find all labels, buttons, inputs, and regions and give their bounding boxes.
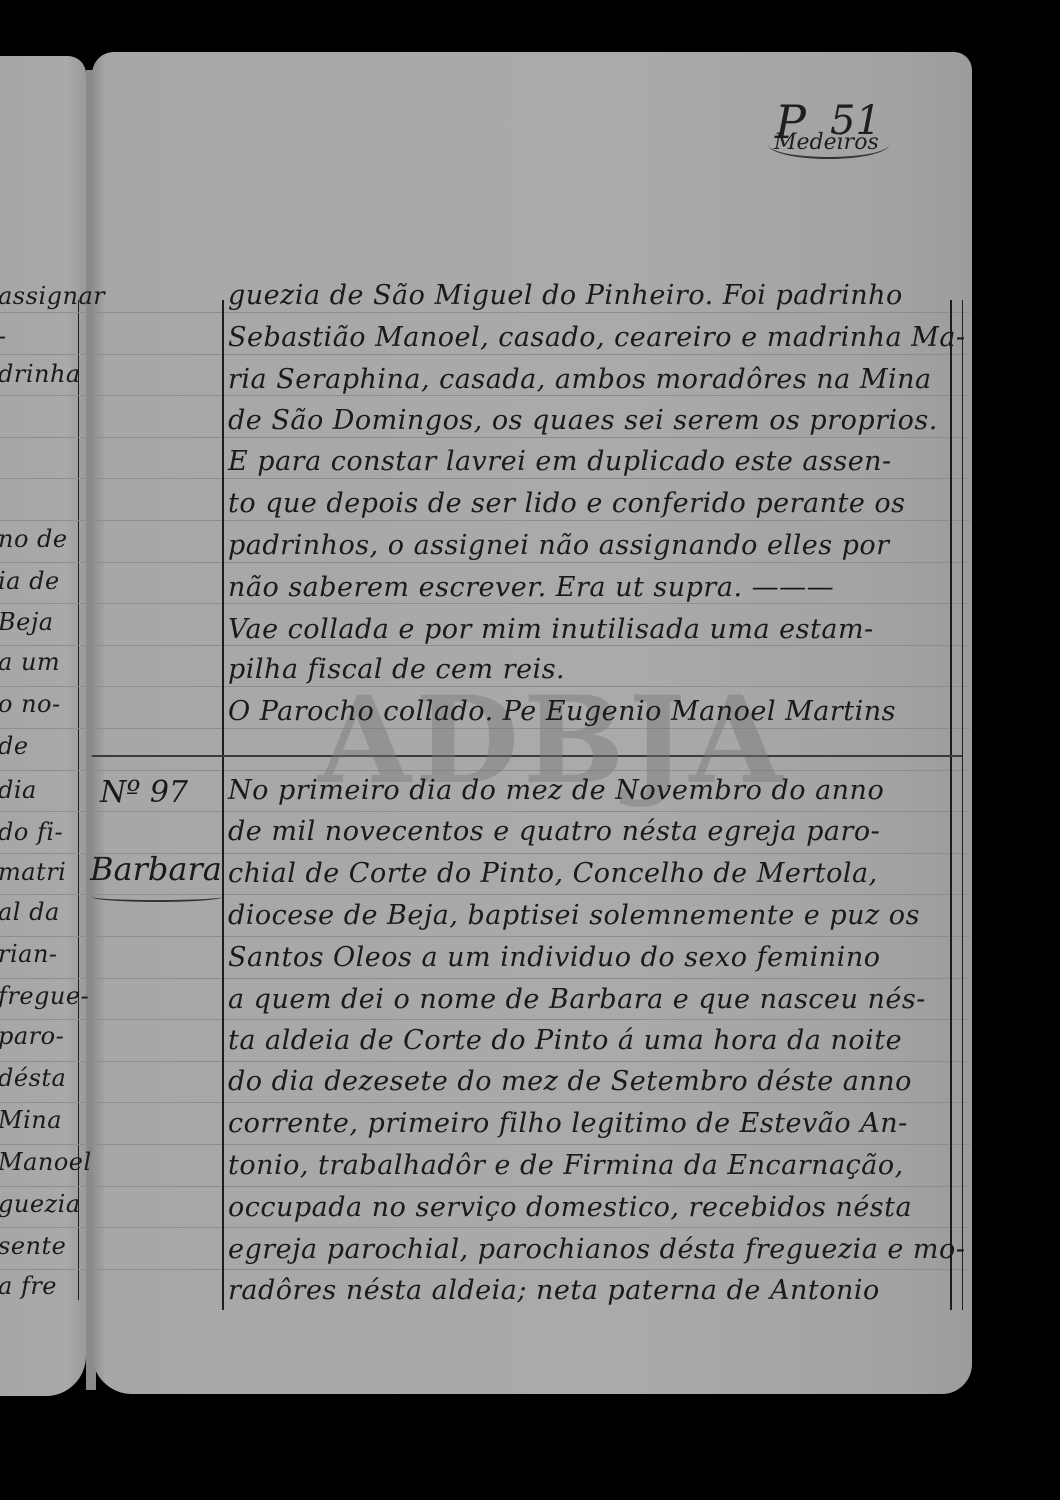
entry-text-line: de São Domingos, os quaes sei serem os p… bbox=[228, 405, 938, 436]
left-text-line: dia bbox=[0, 776, 37, 804]
ruled-line bbox=[0, 478, 970, 479]
entry-text-line: radôres nésta aldeia; neta paterna de An… bbox=[228, 1275, 880, 1306]
left-text-line: désta bbox=[0, 1064, 66, 1092]
entry-text-line: Vae collada e por mim inutilisada uma es… bbox=[228, 614, 874, 645]
ruled-line bbox=[0, 437, 970, 438]
entry-text-line: occupada no serviço domestico, recebidos… bbox=[228, 1192, 912, 1223]
ruled-line bbox=[0, 645, 970, 646]
entry-text-line: não saberem escrever. Era ut supra. ——— bbox=[228, 572, 834, 603]
ruled-line bbox=[0, 603, 970, 604]
left-text-line: fregue- bbox=[0, 982, 89, 1010]
ruled-line bbox=[0, 1186, 970, 1187]
ruled-line bbox=[0, 1227, 970, 1228]
entry-text-line: corrente, primeiro filho legitimo de Est… bbox=[228, 1108, 908, 1139]
right-page-left-margin-rule bbox=[222, 300, 224, 1310]
ruled-line bbox=[0, 936, 970, 937]
ruled-line bbox=[0, 520, 970, 521]
entry-text-line: pilha fiscal de cem reis. bbox=[228, 654, 565, 685]
entry-text-line: ria Seraphina, casada, ambos moradôres n… bbox=[228, 364, 932, 395]
ruled-line bbox=[0, 395, 970, 396]
baptized-name: Barbara bbox=[90, 850, 222, 888]
folio-signature: Medeiros bbox=[768, 130, 889, 159]
ruled-line bbox=[0, 1144, 970, 1145]
entry-text-line: diocese de Beja, baptisei solemnemente e… bbox=[228, 900, 920, 931]
ruled-line bbox=[0, 354, 970, 355]
left-text-line: guezia bbox=[0, 1190, 81, 1218]
ruled-line bbox=[0, 312, 970, 313]
left-text-line: no de bbox=[0, 525, 68, 553]
name-underline-flourish bbox=[92, 892, 222, 902]
ruled-line bbox=[0, 1061, 970, 1062]
entry-text-line: de mil novecentos e quatro nésta egreja … bbox=[228, 816, 880, 847]
ruled-line bbox=[0, 811, 970, 812]
entry-text-line: E para constar lavrei em duplicado este … bbox=[228, 446, 892, 477]
left-text-line: paro- bbox=[0, 1022, 64, 1050]
left-text-line: do fi- bbox=[0, 818, 63, 846]
left-text-line: - bbox=[0, 322, 7, 350]
left-text-line: ia de bbox=[0, 567, 60, 595]
ruled-line bbox=[0, 1269, 970, 1270]
entry-number: Nº 97 bbox=[100, 775, 188, 810]
left-text-line: Mina bbox=[0, 1106, 62, 1134]
entry-text-line: No primeiro dia do mez de Novembro do an… bbox=[228, 775, 884, 806]
left-text-line: a um bbox=[0, 648, 60, 676]
entry-text-line: Santos Oleos a um individuo do sexo femi… bbox=[228, 942, 880, 973]
left-text-line: o no- bbox=[0, 690, 61, 718]
entry-text-line: ta aldeia de Corte do Pinto á uma hora d… bbox=[228, 1025, 902, 1056]
right-page-outer-rule bbox=[962, 300, 963, 1310]
entry-text-line: egreja parochial, parochianos désta freg… bbox=[228, 1234, 965, 1265]
left-text-line: al da bbox=[0, 898, 60, 926]
entry-text-line: chial de Corte do Pinto, Concelho de Mer… bbox=[228, 858, 878, 889]
ruled-line bbox=[0, 1019, 970, 1020]
entry-text-line: to que depois de ser lido e conferido pe… bbox=[228, 488, 906, 519]
ruled-line bbox=[0, 562, 970, 563]
entry-text-line: do dia dezesete do mez de Setembro déste… bbox=[228, 1066, 912, 1097]
right-page-right-margin-rule bbox=[950, 300, 952, 1310]
left-text-line: assignar bbox=[0, 282, 105, 310]
entry-text-line: a quem dei o nome de Barbara e que nasce… bbox=[228, 984, 926, 1015]
ruled-line bbox=[0, 1102, 970, 1103]
left-text-line: matri bbox=[0, 858, 66, 886]
left-text-line: sente bbox=[0, 1232, 66, 1260]
left-text-line: de bbox=[0, 732, 29, 760]
entry-text-line: Sebastião Manoel, casado, ceareiro e mad… bbox=[228, 322, 966, 353]
left-text-line: a fre bbox=[0, 1272, 57, 1300]
left-text-line: drinha bbox=[0, 360, 81, 388]
left-text-line: Manoel bbox=[0, 1148, 92, 1176]
left-text-line: rian- bbox=[0, 940, 58, 968]
ruled-line bbox=[0, 978, 970, 979]
entry-text-line: padrinhos, o assignei não assignando ell… bbox=[228, 530, 890, 561]
entry-text-line: tonio, trabalhadôr e de Firmina da Encar… bbox=[228, 1150, 904, 1181]
entry-text-line: guezia de São Miguel do Pinheiro. Foi pa… bbox=[228, 280, 903, 311]
priest-signature: O Parocho collado. Pe Eugenio Manoel Mar… bbox=[228, 696, 896, 727]
left-text-line: Beja bbox=[0, 608, 54, 636]
